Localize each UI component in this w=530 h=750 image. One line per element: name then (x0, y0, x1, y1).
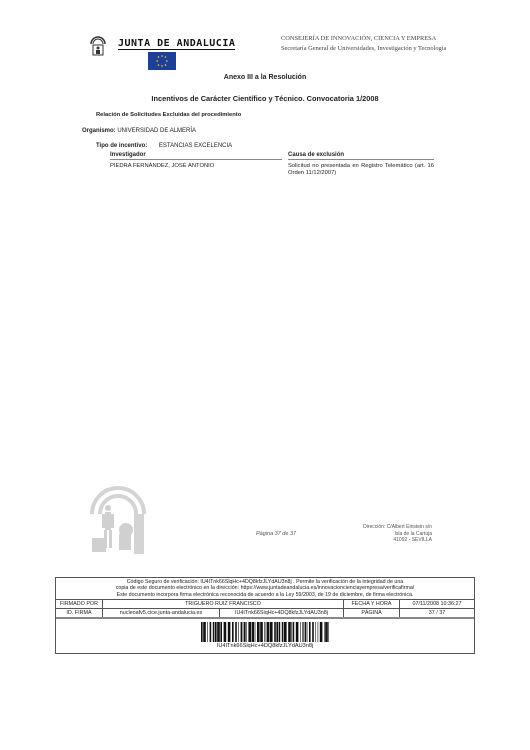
date-value: 07/11/2008 10:36:27 (400, 600, 474, 608)
barcode-icon (201, 622, 329, 642)
signed-by-label: FIRMADO POR (56, 600, 103, 608)
table-row-cause: Solicitud no presentada en Registro Tele… (288, 163, 434, 177)
date-label: FECHA Y HORA (344, 600, 400, 608)
hercules-emblem-watermark (88, 474, 148, 556)
signed-by-value: TRIGUERO RUIZ FRANCISCO (103, 600, 344, 608)
column-header-investigator: Investigador (110, 152, 282, 160)
signed-by-row: FIRMADO POR TRIGUERO RUIZ FRANCISCO FECH… (56, 599, 474, 608)
incentive-type: Tipo de incentivo: ESTANCIAS EXCELENCIA (96, 143, 232, 149)
organism: Organismo: UNIVERSIDAD DE ALMERÍA (82, 128, 196, 134)
address-line-1: Dirección: C/Albert Einstein s/n (340, 524, 432, 531)
verification-line-3: Este documento incorpora firma electróni… (56, 592, 474, 598)
secretariat-name: Secretaría General de Universidades, Inv… (281, 44, 446, 54)
column-header-cause: Causa de exclusión (288, 152, 434, 160)
incentive-type-value: ESTANCIAS EXCELENCIA (159, 143, 232, 149)
page-label: PÁGINA (344, 609, 400, 617)
barcode-text: IU4ITnk66SlqHc+4DQ8kfzJLYdAU3n8j (56, 643, 474, 649)
council-name: CONSEJERÍA DE INNOVACIÓN, CIENCIA Y EMPR… (281, 34, 446, 44)
annex-title: Anexo III a la Resolución (0, 74, 530, 81)
eu-flag-icon (148, 52, 176, 70)
address-line-2: Isla de la Cartuja (340, 531, 432, 538)
relation-label: Relación de Solicitudes Excluidas del pr… (96, 112, 241, 118)
address: Dirección: C/Albert Einstein s/n Isla de… (340, 524, 432, 544)
id-label: ID. FIRMA (56, 609, 103, 617)
incentive-type-label: Tipo de incentivo: (96, 143, 147, 149)
page-number: Página 37 de 37 (256, 531, 296, 537)
organism-label: Organismo: (82, 128, 116, 134)
table-row-investigator: PIEDRA FERNÁNDEZ, JOSÉ ANTONIO (110, 163, 214, 169)
signature-id-row: ID. FIRMA nucleoafv5.cice.junta-andaluci… (56, 608, 474, 619)
organism-value: UNIVERSIDAD DE ALMERÍA (117, 128, 196, 134)
verification-text: Código Seguro de verificación: IU4ITnk66… (56, 579, 474, 598)
andalucia-emblem-icon (88, 34, 108, 58)
page-value: 37 / 37 (400, 609, 474, 617)
main-title: Incentivos de Carácter Científico y Técn… (0, 94, 530, 103)
id-host: nucleoafv5.cice.junta-andalucia.es (103, 609, 220, 617)
logo-text: JUNTA DE ANDALUCIA (118, 38, 235, 49)
address-line-3: 41092 - SEVILLA (340, 537, 432, 544)
verification-box: Código Seguro de verificación: IU4ITnk66… (55, 577, 475, 654)
id-code: IU4ITnk66SlqHc+4DQ8kfzJLYdAU3n8j (220, 609, 344, 617)
council-heading: CONSEJERÍA DE INNOVACIÓN, CIENCIA Y EMPR… (281, 34, 446, 54)
verification-line-2[interactable]: copia de este documento electrónico en l… (56, 585, 474, 591)
